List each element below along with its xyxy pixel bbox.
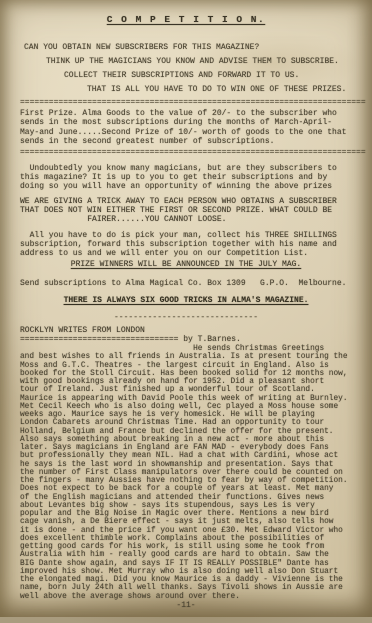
byline-author: by T.Barnes. [178,335,240,344]
intro-line: THAT IS ALL YOU HAVE TO DO TO WIN ONE OF… [87,85,346,94]
subscribers-paragraph: Undoubtedly you know many magicians, but… [20,165,337,191]
section-divider: ------------------------------ [0,313,372,322]
byline-rule: ================================= [20,335,178,344]
trick-giveaway-paragraph: WE ARE GIVING A TRICK AWAY TO EACH PERSO… [20,198,337,224]
page-title: C O M P E T I T I O N. [0,15,372,24]
article-byline: ================================= by T.B… [20,335,241,344]
divider-rule: ========================================… [20,148,366,157]
how-to-enter-paragraph: All you have to do is pick your man, col… [20,232,337,258]
send-subscriptions-line: Send subscriptions to Alma Magical Co. B… [20,279,346,288]
intro-line: THINK UP THE MAGICIANS YOU KNOW AND ADVI… [46,57,339,66]
divider-rule: ========================================… [20,98,366,107]
scanned-magazine-page: C O M P E T I T I O N. CAN YOU OBTAIN NE… [0,0,372,617]
article-body: He sends Christmas Greetings and best wi… [20,345,348,601]
article-heading: ROCKLYN WRITES FROM LONDON [20,326,145,335]
page-number: -11- [0,601,372,610]
prize-paragraph: First Prize. Alma Goods to the value of … [20,109,346,147]
intro-line: COLLECT THEIR SUBSCRIPTIONS AND FORWARD … [64,71,299,80]
intro-line: CAN YOU OBTAIN NEW SUBSCRIBERS FOR THIS … [24,43,259,52]
winners-announcement: PRIZE WINNERS WILL BE ANNOUNCED IN THE J… [0,260,372,269]
magazine-slogan: THERE IS ALWAYS SIX GOOD TRICKS IN ALMA'… [0,296,372,305]
